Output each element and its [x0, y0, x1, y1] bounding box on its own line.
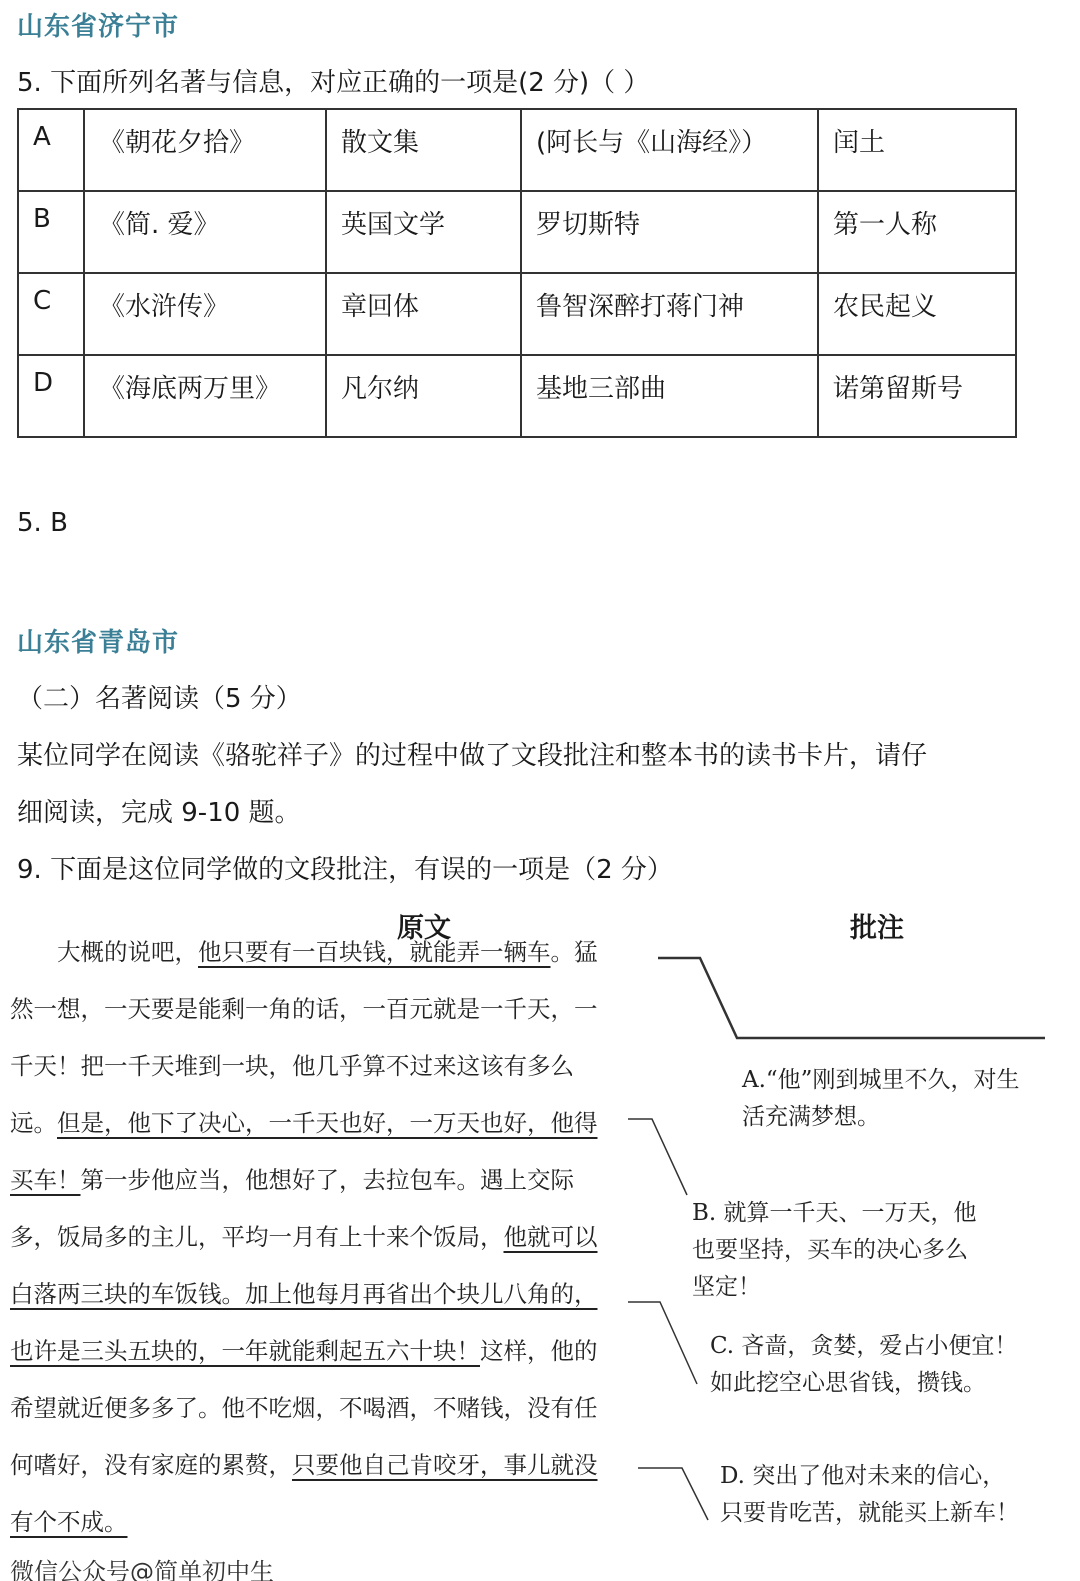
annotation-text: A.“他”刚到城里不久，对生: [742, 1062, 1019, 1099]
annotation-a: A.“他”刚到城里不久，对生 活充满梦想。: [742, 1062, 1019, 1136]
annotation-text: 活充满梦想。: [742, 1099, 1019, 1136]
annotation-text: B. 就算一千天、一万天，他: [692, 1195, 977, 1232]
annotation-text: 如此挖空心思省钱，攒钱。: [710, 1365, 1017, 1402]
annotation-b: B. 就算一千天、一万天，他 也要坚持，买车的决心多么 坚定！: [692, 1195, 977, 1306]
watermark: 微信公众号@简单初中生: [10, 1552, 274, 1581]
annotation-text: 也要坚持，买车的决心多么: [692, 1232, 977, 1269]
annotation-c: C. 吝啬，贪婪，爱占小便宜！ 如此挖空心思省钱，攒钱。: [710, 1328, 1017, 1402]
annotation-text: C. 吝啬，贪婪，爱占小便宜！: [710, 1328, 1017, 1365]
annotation-text: D. 突出了他对未来的信心，: [720, 1458, 1019, 1495]
annotation-text: 坚定！: [692, 1269, 977, 1306]
annotation-d: D. 突出了他对未来的信心， 只要肯吃苦，就能买上新车！: [720, 1458, 1019, 1532]
annotation-text: 只要肯吃苦，就能买上新车！: [720, 1495, 1019, 1532]
